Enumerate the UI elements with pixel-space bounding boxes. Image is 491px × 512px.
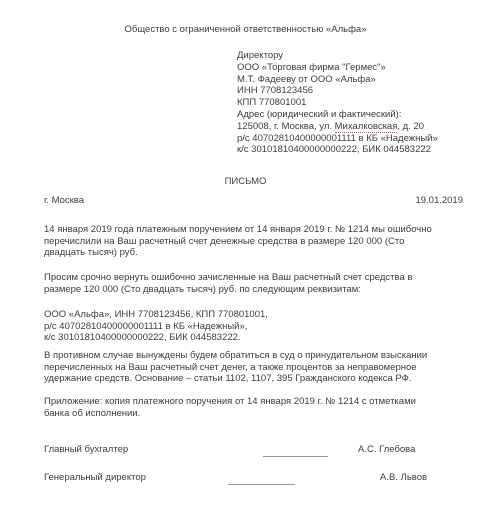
recipient-address-line: 125008, г. Москва, ул. Михалковская, д. … xyxy=(237,121,487,133)
recipient-line: КПП 770801001 xyxy=(237,97,487,109)
attachment-paragraph: Приложение: копия платежного поручения о… xyxy=(44,396,484,419)
recipient-line: ООО «Торговая фирма "Гермес"» xyxy=(237,62,487,74)
recipient-line: Адрес (юридический и фактический): xyxy=(237,109,487,121)
letter-title: ПИСЬМО xyxy=(0,176,491,188)
city-label: г. Москва xyxy=(44,195,84,207)
signature-title: Главный бухгалтер xyxy=(44,444,128,456)
date-label: 19.01.2019 xyxy=(415,195,463,207)
address-prefix: 125008, г. Москва, ул. xyxy=(237,121,335,132)
recipient-corr-line: к/с 30101810400000000222, БИК 044583222 xyxy=(237,144,487,156)
signature-name: А.С. Глебова xyxy=(358,444,415,456)
body-paragraph-2: Просим срочно вернуть ошибочно зачисленн… xyxy=(44,272,484,295)
recipient-block: Директору ООО «Торговая фирма "Гермес"» … xyxy=(237,50,487,156)
spellchecked-word: Михалковская xyxy=(335,121,398,133)
recipient-account-line: р/с 40702810400000001111 в КБ «Надежный» xyxy=(237,133,487,145)
body-paragraph-4: В противном случае вынуждены будем обрат… xyxy=(44,350,484,385)
requisites-paragraph: ООО «Альфа», ИНН 7708123456, КПП 7708010… xyxy=(44,309,484,344)
recipient-line: Директору xyxy=(237,50,487,62)
signature-title: Генеральный директор xyxy=(44,472,146,484)
company-name-header: Общество с ограниченной ответственностью… xyxy=(0,24,491,36)
recipient-line: ИНН 7708123456 xyxy=(237,85,487,97)
body-paragraph-1: 14 января 2019 года платежным поручением… xyxy=(44,224,484,259)
signature-name: А.В. Львов xyxy=(380,472,427,484)
recipient-line: М.Т. Фадееву от ООО «Альфа» xyxy=(237,74,487,86)
signature-line xyxy=(263,456,328,457)
address-suffix: , д. 20 xyxy=(397,121,424,132)
document-page: Общество с ограниченной ответственностью… xyxy=(0,0,491,512)
signature-line xyxy=(228,484,295,485)
